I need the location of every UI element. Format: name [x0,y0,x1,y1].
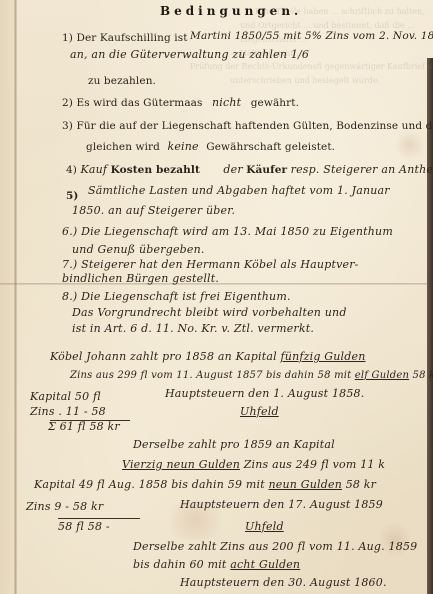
condition-number: 1) [62,32,73,44]
condition-3: 3) Für die auf der Liegenschaft haftende… [62,120,433,132]
payment-text: Zins aus 299 fl vom 11. August 1857 bis … [70,370,351,381]
payment-1858-line2: Zins aus 299 fl vom 11. August 1857 bis … [70,370,433,381]
handwritten-entry: 7.) Steigerer hat den Hermann Köbel als … [62,258,359,271]
handwritten-fill: nicht [212,96,241,109]
signature: Uhfeld [240,405,279,418]
right-page-edge [427,58,433,594]
condition-number: 3) [62,120,73,132]
signature: Uhfeld [245,520,284,533]
condition-5-number: 5) [66,190,78,202]
receipt-date: Hauptsteuern den 17. August 1859 [180,498,383,511]
sum-rule [58,518,140,519]
handwritten-entry: 1850. an auf Steigerer über. [72,204,235,217]
handwritten-entry: Sämtliche Lasten und Abgaben haftet vom … [88,184,390,197]
condition-3-line2: gleichen wird keine Gewährschaft geleist… [86,140,335,153]
payment-amount: 58 kr [346,478,376,491]
payment-1859-line1: Derselbe zahlt pro 1859 an Kapital [133,438,335,451]
handwritten-fill: Kauf [80,163,107,176]
payment-amount-words: fünfzig Gulden [281,350,366,363]
payment-text: Kapital 49 fl Aug. 1858 bis dahin 59 mit [34,478,265,491]
payment-amount-words: Vierzig neun Gulden [122,458,240,471]
handwritten-entry: ist in Art. 6 d. 11. No. Kr. v. Ztl. ver… [72,322,314,335]
handwritten-entry: 8.) Die Liegenschaft ist frei Eigenthum. [62,290,291,303]
payment-text: Köbel Johann zahlt pro 1858 an Kapital [50,350,277,363]
condition-number: 2) [62,97,73,109]
condition-4: 4) Kauf Kosten bezahlt der Käufer resp. … [66,163,433,176]
payment-text: Zins aus 249 fl vom 11 k [244,458,385,471]
handwritten-entry: Das Vorgrundrecht bleibt wird vorbehalte… [72,306,347,319]
condition-text: gewährt. [251,97,299,109]
bleed-through-line: und Ortgericht ... und bestimmt, daß die… [240,21,415,30]
payment-amount-words: acht Gulden [230,558,300,571]
condition-text: Gewährschaft geleistet. [206,141,335,153]
condition-text: gleichen wird [86,141,160,153]
handwritten-fill: keine [167,140,198,153]
condition-text: Käufer [246,164,287,176]
handwritten-entry: und Genuß übergeben. [72,243,205,256]
calc-total: 58 fl 58 - [58,520,110,533]
handwritten-entry: an, an die Güterverwaltung zu zahlen 1/6 [70,48,309,61]
handwritten-entry: bindlichen Bürgen gestellt. [62,272,219,285]
receipt-date: Hauptsteuern den 30. August 1860. [180,576,387,589]
handwritten-fill: der [223,163,242,176]
condition-1-continuation: zu bezahlen. [88,75,156,87]
receipt-date: Hauptsteuern den 1. August 1858. [165,387,364,400]
calc-interest: Zins . 11 - 58 [30,405,106,418]
calc-interest: Zins 9 - 58 kr [26,500,103,513]
payment-1859-line3: Kapital 49 fl Aug. 1858 bis dahin 59 mit… [34,478,376,491]
left-margin-strip [0,0,15,594]
calc-capital: Kapital 50 fl [30,390,101,403]
handwritten-entry: 6.) Die Liegenschaft wird am 13. Mai 185… [62,225,393,238]
vertical-fold-line [14,0,17,594]
payment-amount: 58 kr [413,370,433,381]
payment-1860-line1: Derselbe zahlt Zins aus 200 fl vom 11. A… [133,540,417,553]
calc-total: Σ 61 fl 58 kr [48,420,120,433]
condition-1-label: 1) Der Kaufschilling ist [62,32,188,44]
handwritten-entry: Martini 1850/55 mit 5% Zins vom 2. Nov. … [190,30,433,42]
condition-text: Es wird das Gütermaas [76,97,202,109]
payment-1858-line1: Köbel Johann zahlt pro 1858 an Kapital f… [50,350,366,363]
condition-text: Für die auf der Liegenschaft haftenden G… [76,120,433,132]
stain [395,130,425,160]
condition-text: Kosten bezahlt [111,164,200,176]
condition-text: Der Kaufschilling ist [76,32,187,44]
condition-number: 4) [66,164,77,176]
payment-text: bis dahin 60 mit [133,558,227,571]
bleed-through-line: Prüfung der Rechts-Urkundensfl gegenwärt… [190,62,433,71]
payment-1860-line2: bis dahin 60 mit acht Gulden [133,558,300,571]
condition-2: 2) Es wird das Gütermaas nicht gewährt. [62,96,299,109]
document-title: Bedingungen. [160,4,302,18]
bleed-through-line: unterschrieben und besiegelt wurde. [230,76,380,85]
payment-amount-words: neun Gulden [269,478,343,491]
handwritten-fill: resp. Steigerer an Antheil. [291,163,433,176]
payment-amount-words: elf Gulden [355,370,409,381]
payment-1859-line2: Vierzig neun Gulden Zins aus 249 fl vom … [122,458,385,471]
